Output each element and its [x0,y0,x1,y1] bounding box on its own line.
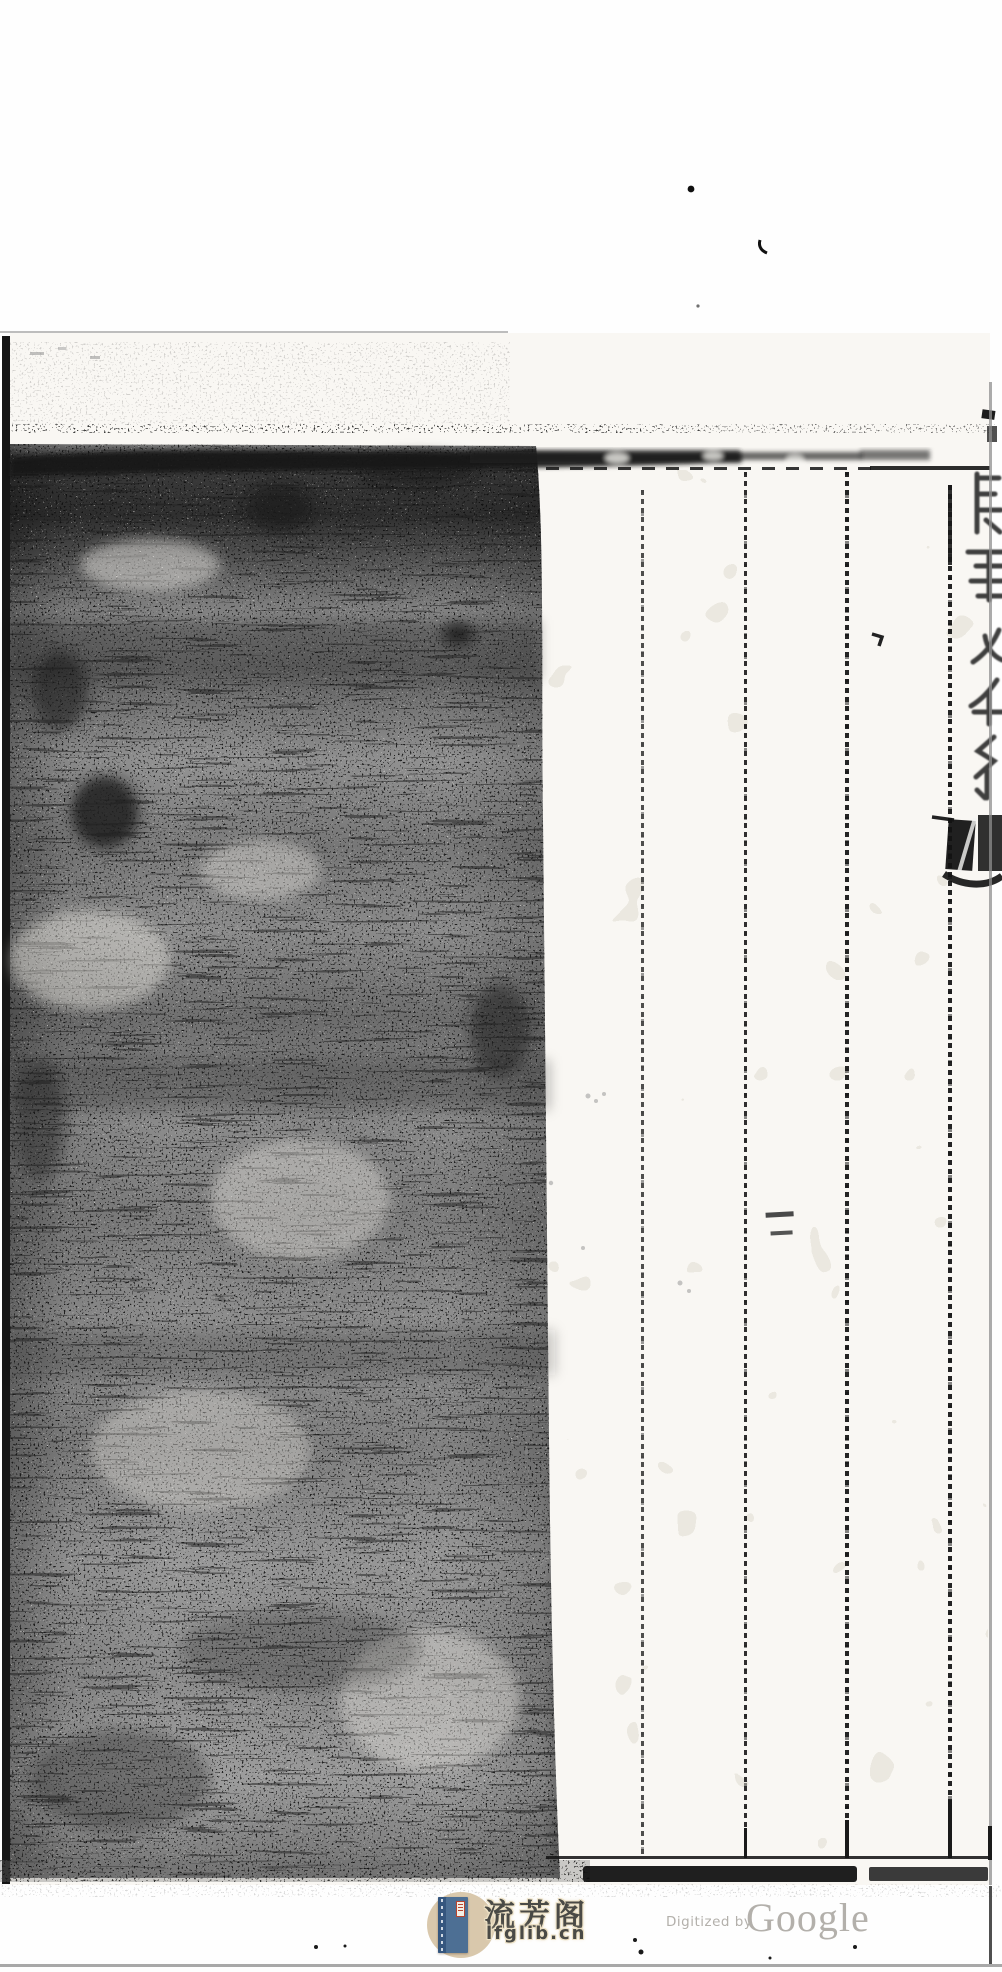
right-page-edge-line [989,382,992,1885]
vertical-rule-1 [641,490,644,1858]
vertical-rule-2-solid-bottom [744,1828,747,1858]
vertical-rule-4 [948,485,952,1858]
page-top-rule-solid [870,466,990,470]
vertical-rule-2 [744,472,747,1858]
page-mottle [548,470,988,1860]
scanned-book-page: 流芳阁 lfglib.cn Digitized by Google [0,0,1002,1972]
book-cover [438,1897,468,1953]
vertical-rule-3-solid-bottom [845,1820,849,1858]
vertical-rule-4-solid-top [948,485,952,565]
page-top-rule-dashed [546,467,876,470]
google-logo: Google [746,1894,870,1941]
ink-smudge-layer [0,0,1002,1972]
digitized-by-label: Digitized by [666,1914,752,1930]
right-page-edge-line-lower [989,1886,992,1964]
book-title-label [456,1901,465,1917]
vertical-rule-4-solid-bottom [948,1800,952,1858]
page-bottom-rule [546,1856,990,1859]
bottom-border-line [0,1964,1002,1967]
site-url: lfglib.cn [486,1923,586,1944]
book-stitching [441,1899,443,1951]
right-edge-dark-segment [988,1826,992,1860]
vertical-rule-3 [845,472,849,1858]
